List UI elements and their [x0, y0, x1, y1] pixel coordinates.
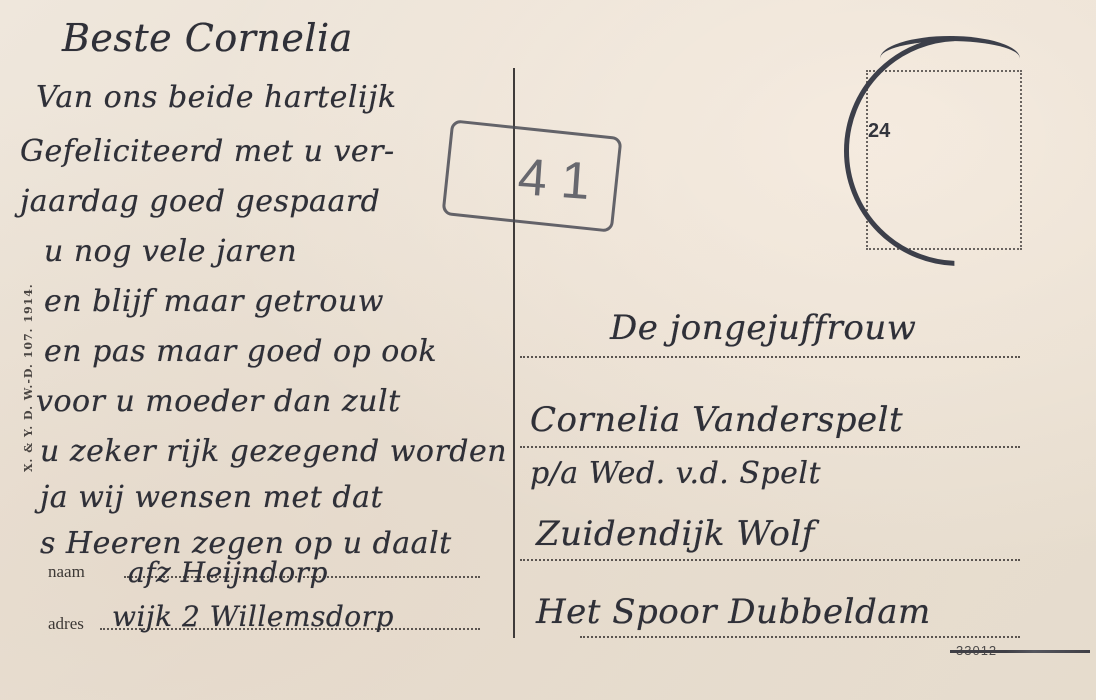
message-line: en pas maar goed op ook	[44, 334, 437, 369]
address-line: Het Spoor Dubbeldam	[536, 592, 931, 632]
serial-strikethrough	[950, 650, 1090, 653]
box-handstamp-number: 41	[516, 147, 606, 213]
message-line: Beste Cornelia	[62, 16, 353, 60]
message-line: u zeker rijk gezegend worden	[40, 434, 507, 469]
address-line: De jongejuffrouw	[610, 308, 916, 348]
address-dotted-line	[580, 636, 1020, 638]
address-dotted-line	[520, 356, 1020, 358]
address-line: p/a Wed. v.d. Spelt	[530, 456, 821, 491]
address-dotted-line	[520, 446, 1020, 448]
message-line: Van ons beide hartelijk	[36, 80, 397, 115]
message-line: Gefeliciteerd met u ver-	[20, 134, 395, 169]
message-line: u nog vele jaren	[44, 234, 297, 269]
message-line: voor u moeder dan zult	[36, 384, 401, 419]
address-line: Zuidendijk Wolf	[536, 514, 815, 554]
adres-label: adres	[48, 614, 84, 634]
postmark-date: 24	[868, 120, 890, 143]
printer-imprint: X. & Y. D. W.-D. 107. 1914.	[22, 283, 35, 472]
message-line: jaardag goed gespaard	[20, 184, 380, 219]
message-line: en blijf maar getrouw	[44, 284, 384, 319]
message-line: ja wij wensen met dat	[40, 480, 383, 515]
postcard-back: X. & Y. D. W.-D. 107. 1914. Beste Cornel…	[0, 0, 1096, 700]
address-line: Cornelia Vanderspelt	[530, 400, 903, 440]
address-dotted-line	[520, 559, 1020, 561]
postmark-arc	[880, 36, 1020, 81]
naam-value: afz Heijndorp	[128, 556, 328, 589]
naam-label: naam	[48, 562, 85, 582]
adres-value: wijk 2 Willemsdorp	[112, 600, 394, 633]
